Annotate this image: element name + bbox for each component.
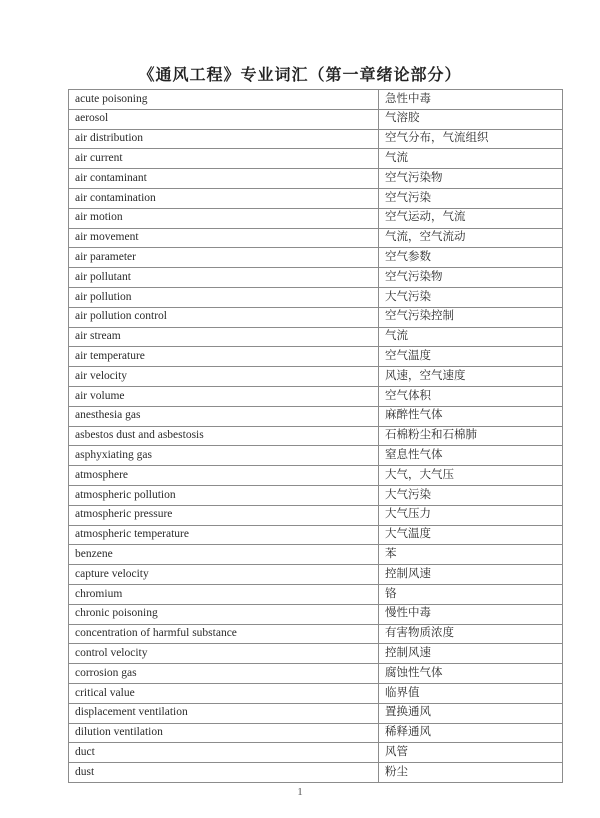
table-row: air pollution大气污染 — [69, 287, 563, 307]
english-term-cell: control velocity — [69, 644, 379, 664]
chinese-term-cell: 苯 — [379, 545, 563, 565]
english-term-cell: air movement — [69, 228, 379, 248]
chinese-term-cell: 风管 — [379, 743, 563, 763]
english-term-cell: air velocity — [69, 367, 379, 387]
table-row: air volume空气体积 — [69, 386, 563, 406]
table-row: air velocity风速，空气速度 — [69, 367, 563, 387]
chinese-term-cell: 麻醉性气体 — [379, 406, 563, 426]
chinese-term-cell: 风速，空气速度 — [379, 367, 563, 387]
table-row: corrosion gas腐蚀性气体 — [69, 664, 563, 684]
chinese-term-cell: 气流，空气流动 — [379, 228, 563, 248]
chinese-term-cell: 大气温度 — [379, 525, 563, 545]
table-row: chromium铬 — [69, 584, 563, 604]
chinese-term-cell: 大气污染 — [379, 287, 563, 307]
chinese-term-cell: 置换通风 — [379, 703, 563, 723]
table-row: capture velocity控制风速 — [69, 565, 563, 585]
english-term-cell: dilution ventilation — [69, 723, 379, 743]
english-term-cell: anesthesia gas — [69, 406, 379, 426]
chinese-term-cell: 窒息性气体 — [379, 446, 563, 466]
chinese-term-cell: 铬 — [379, 584, 563, 604]
english-term-cell: air distribution — [69, 129, 379, 149]
english-term-cell: air parameter — [69, 248, 379, 268]
chinese-term-cell: 大气污染 — [379, 485, 563, 505]
table-row: dust粉尘 — [69, 763, 563, 783]
chinese-term-cell: 空气污染物 — [379, 169, 563, 189]
chinese-term-cell: 空气污染控制 — [379, 307, 563, 327]
table-row: aerosol气溶胶 — [69, 109, 563, 129]
table-row: air pollutant空气污染物 — [69, 268, 563, 288]
table-row: atmospheric pressure大气压力 — [69, 505, 563, 525]
chinese-term-cell: 临界值 — [379, 683, 563, 703]
table-row: air contamination空气污染 — [69, 188, 563, 208]
english-term-cell: atmospheric pollution — [69, 485, 379, 505]
english-term-cell: atmospheric pressure — [69, 505, 379, 525]
table-row: air distribution空气分布，气流组织 — [69, 129, 563, 149]
chinese-term-cell: 空气体积 — [379, 386, 563, 406]
english-term-cell: air contaminant — [69, 169, 379, 189]
table-row: asphyxiating gas窒息性气体 — [69, 446, 563, 466]
english-term-cell: air stream — [69, 327, 379, 347]
english-term-cell: duct — [69, 743, 379, 763]
table-row: air stream气流 — [69, 327, 563, 347]
table-row: acute poisoning急性中毒 — [69, 90, 563, 110]
page-number: 1 — [0, 786, 600, 798]
english-term-cell: asphyxiating gas — [69, 446, 379, 466]
chinese-term-cell: 空气参数 — [379, 248, 563, 268]
document-page: 《通风工程》专业词汇（第一章绪论部分） acute poisoning急性中毒a… — [0, 0, 600, 818]
table-row: atmosphere大气，大气压 — [69, 466, 563, 486]
english-term-cell: benzene — [69, 545, 379, 565]
table-row: critical value临界值 — [69, 683, 563, 703]
chinese-term-cell: 急性中毒 — [379, 90, 563, 110]
table-row: atmospheric pollution大气污染 — [69, 485, 563, 505]
english-term-cell: capture velocity — [69, 565, 379, 585]
english-term-cell: critical value — [69, 683, 379, 703]
table-row: air motion空气运动，气流 — [69, 208, 563, 228]
chinese-term-cell: 有害物质浓度 — [379, 624, 563, 644]
english-term-cell: displacement ventilation — [69, 703, 379, 723]
table-row: dilution ventilation稀释通风 — [69, 723, 563, 743]
english-term-cell: air volume — [69, 386, 379, 406]
english-term-cell: air pollutant — [69, 268, 379, 288]
vocabulary-table-body: acute poisoning急性中毒aerosol气溶胶air distrib… — [69, 90, 563, 783]
chinese-term-cell: 大气压力 — [379, 505, 563, 525]
chinese-term-cell: 控制风速 — [379, 644, 563, 664]
english-term-cell: air contamination — [69, 188, 379, 208]
chinese-term-cell: 空气运动，气流 — [379, 208, 563, 228]
vocabulary-table: acute poisoning急性中毒aerosol气溶胶air distrib… — [68, 89, 563, 783]
english-term-cell: atmosphere — [69, 466, 379, 486]
english-term-cell: dust — [69, 763, 379, 783]
english-term-cell: corrosion gas — [69, 664, 379, 684]
table-row: chronic poisoning慢性中毒 — [69, 604, 563, 624]
table-row: air movement气流，空气流动 — [69, 228, 563, 248]
page-title: 《通风工程》专业词汇（第一章绪论部分） — [0, 62, 600, 85]
table-row: air temperature空气温度 — [69, 347, 563, 367]
english-term-cell: acute poisoning — [69, 90, 379, 110]
table-row: displacement ventilation置换通风 — [69, 703, 563, 723]
english-term-cell: chromium — [69, 584, 379, 604]
chinese-term-cell: 空气温度 — [379, 347, 563, 367]
english-term-cell: atmospheric temperature — [69, 525, 379, 545]
table-row: air current气流 — [69, 149, 563, 169]
chinese-term-cell: 腐蚀性气体 — [379, 664, 563, 684]
table-row: asbestos dust and asbestosis石棉粉尘和石棉肺 — [69, 426, 563, 446]
chinese-term-cell: 石棉粉尘和石棉肺 — [379, 426, 563, 446]
english-term-cell: concentration of harmful substance — [69, 624, 379, 644]
table-row: control velocity控制风速 — [69, 644, 563, 664]
table-row: air contaminant空气污染物 — [69, 169, 563, 189]
table-row: concentration of harmful substance有害物质浓度 — [69, 624, 563, 644]
chinese-term-cell: 气溶胶 — [379, 109, 563, 129]
chinese-term-cell: 大气，大气压 — [379, 466, 563, 486]
english-term-cell: aerosol — [69, 109, 379, 129]
table-row: atmospheric temperature大气温度 — [69, 525, 563, 545]
english-term-cell: air pollution control — [69, 307, 379, 327]
english-term-cell: air motion — [69, 208, 379, 228]
english-term-cell: air pollution — [69, 287, 379, 307]
chinese-term-cell: 气流 — [379, 149, 563, 169]
chinese-term-cell: 慢性中毒 — [379, 604, 563, 624]
chinese-term-cell: 空气污染 — [379, 188, 563, 208]
table-row: air pollution control空气污染控制 — [69, 307, 563, 327]
table-row: anesthesia gas麻醉性气体 — [69, 406, 563, 426]
english-term-cell: air temperature — [69, 347, 379, 367]
chinese-term-cell: 粉尘 — [379, 763, 563, 783]
chinese-term-cell: 气流 — [379, 327, 563, 347]
chinese-term-cell: 空气污染物 — [379, 268, 563, 288]
english-term-cell: air current — [69, 149, 379, 169]
english-term-cell: chronic poisoning — [69, 604, 379, 624]
chinese-term-cell: 控制风速 — [379, 565, 563, 585]
english-term-cell: asbestos dust and asbestosis — [69, 426, 379, 446]
table-row: air parameter空气参数 — [69, 248, 563, 268]
table-row: benzene苯 — [69, 545, 563, 565]
chinese-term-cell: 空气分布，气流组织 — [379, 129, 563, 149]
chinese-term-cell: 稀释通风 — [379, 723, 563, 743]
table-row: duct风管 — [69, 743, 563, 763]
